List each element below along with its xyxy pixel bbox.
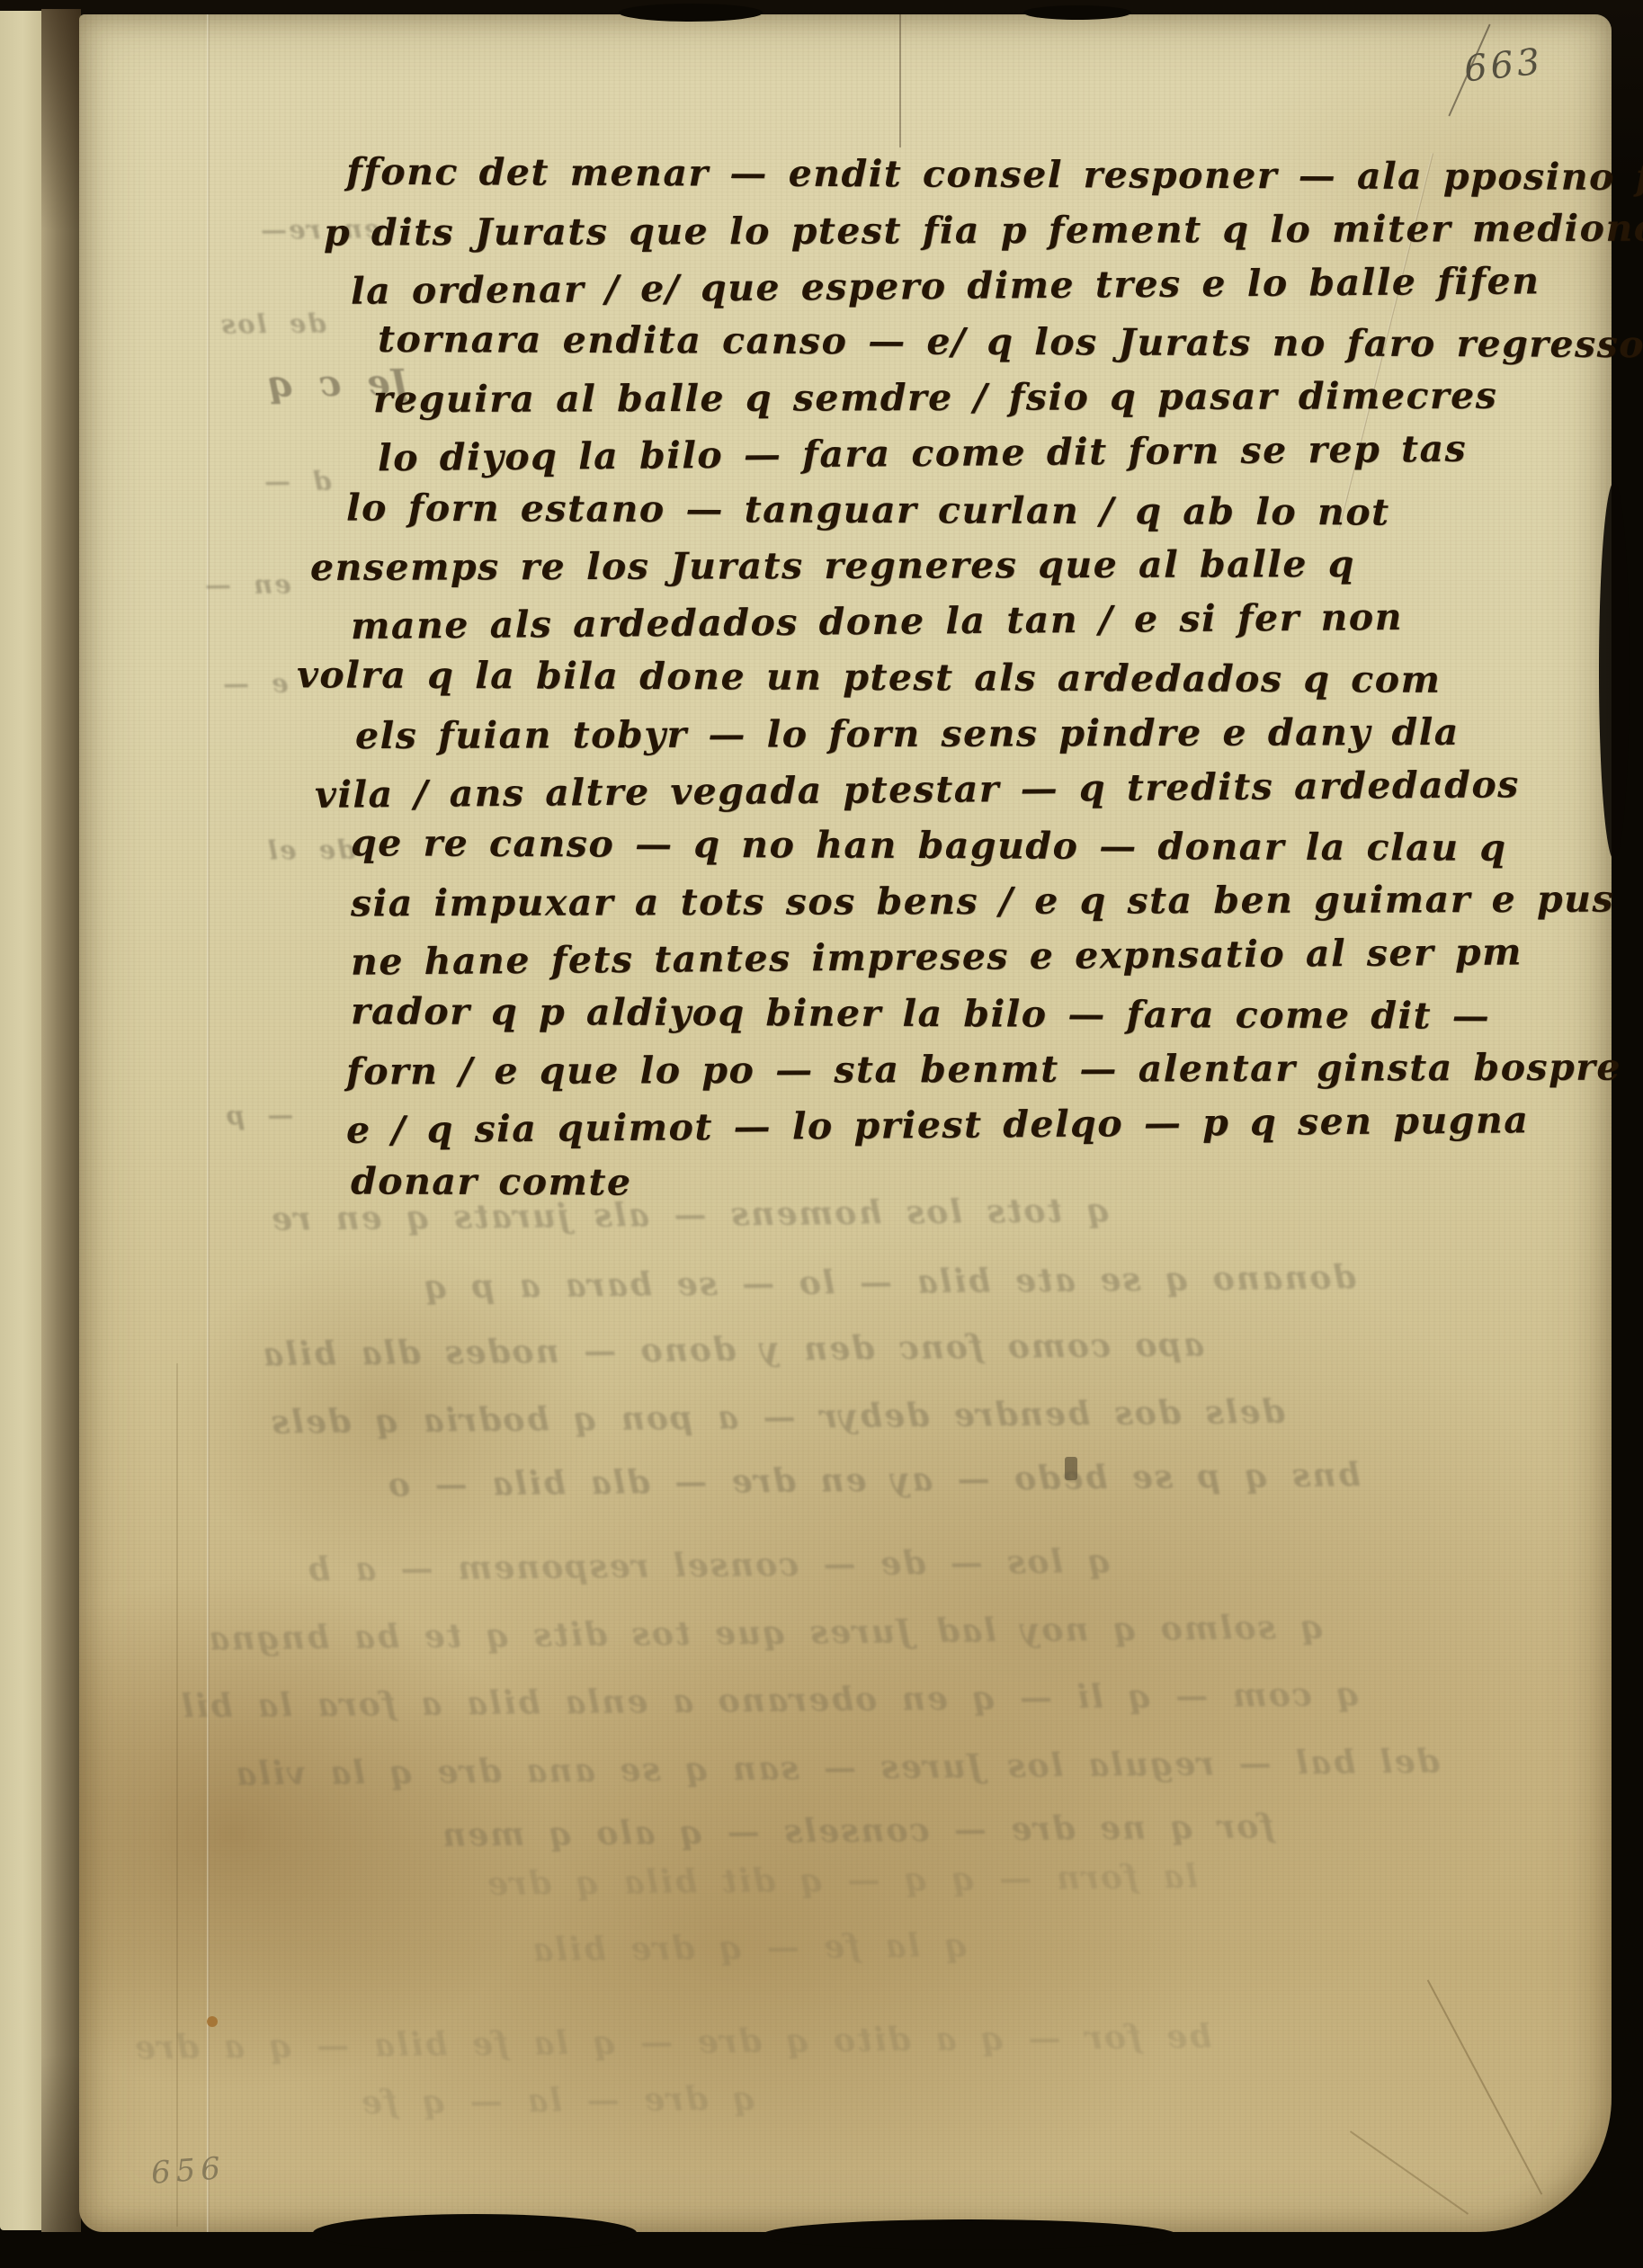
- binding-gutter-shadow: [41, 9, 81, 2232]
- manuscript-line: forn / e que lo po — sta benmt — alentar…: [346, 1046, 1621, 1094]
- facing-page-edge: [0, 11, 41, 2230]
- ghost-line: apo como fonc den y dono — nodes dla bil…: [261, 1326, 1204, 1374]
- ghost-line: for q ne dre — consels — q alo q men: [441, 1808, 1274, 1854]
- top-edge-notch-2: [1023, 5, 1131, 20]
- ghost-margin-fragment: de el: [266, 834, 356, 865]
- top-edge-notch: [619, 4, 763, 22]
- top-tear-crease: [899, 14, 901, 147]
- ghost-margin-fragment: en —: [203, 568, 291, 600]
- ghost-margin-fragment: e —: [221, 668, 289, 700]
- ghost-margin-fragment: d —: [263, 466, 332, 497]
- vertical-fold-crease: [207, 14, 210, 2232]
- manuscript-line: els fuian tobyr — lo forn sens pindre e …: [355, 710, 1460, 757]
- manuscript-line: vila / ans altre vegada ptestar — q tred…: [315, 763, 1520, 817]
- manuscript-line: ffonc det menar — endit consel responer …: [346, 150, 1643, 200]
- ghost-line: dels dos bendre debyr — a pon q bodria q…: [270, 1393, 1285, 1442]
- manuscript-line: qe re canso — q no han bagudo — donar la…: [351, 821, 1507, 870]
- manuscript-line: ensemps re los Jurats regneres que al ba…: [310, 542, 1355, 589]
- ghost-margin-fragment: de los: [219, 308, 326, 339]
- ghost-line: be for — q a dito q dre — q la fe bila —…: [133, 2018, 1212, 2067]
- ghost-line: del bal — regula los Jures — san q se an…: [234, 1743, 1440, 1793]
- folio-number-bottom: 656: [150, 2150, 227, 2192]
- manuscript-line: reguira al balle q semdre / fsio q pasar…: [373, 374, 1497, 421]
- ghost-line: q los — de — consel responem — a b: [306, 1542, 1111, 1588]
- manuscript-scan: 663 656 en re— de los Je c q d — en — e …: [0, 0, 1643, 2268]
- vertical-fold-crease-2: [176, 1363, 178, 2227]
- ghost-line: donano q se ate bila — lo — se bara a p …: [423, 1259, 1356, 1307]
- stain-dot: [207, 2016, 218, 2027]
- corner-crease-2: [1350, 2130, 1469, 2214]
- ghost-line: q com — q li — q en oberano a enla bila …: [180, 1675, 1360, 1726]
- manuscript-line: mane als ardedados done la tan / e si fe…: [351, 595, 1403, 647]
- bottom-edge-bump-2: [763, 2219, 1176, 2250]
- manuscript-line: volra q la bila done un ptest als ardeda…: [297, 653, 1442, 701]
- bottom-edge-bump-1: [313, 2214, 637, 2252]
- manuscript-line: lo diyoq la bilo — fara come dit forn se…: [378, 427, 1468, 480]
- right-edge-bump: [1599, 482, 1630, 860]
- corner-crease-1: [1427, 1979, 1543, 2194]
- ghost-line: bns q p se bedo — ay en dre — dla bila —…: [387, 1456, 1361, 1504]
- manuscript-line: rador q p aldiyoq biner la bilo — fara c…: [351, 989, 1490, 1038]
- ghost-line: la forn — q q — q dit bila q dre: [486, 1858, 1198, 1903]
- manuscript-line: p dits Jurats que lo ptest fia p fement …: [324, 206, 1643, 254]
- manuscript-line: la ordenar / e/ que espero dime tres e l…: [351, 259, 1540, 313]
- ghost-line: q dre — la — q fe: [360, 2080, 755, 2122]
- ghost-margin-fragment: — p: [225, 1100, 294, 1131]
- ghost-line: q solmo q noy lad Jures que tos dits q t…: [207, 1609, 1324, 1658]
- manuscript-line: e / q sia quimot — lo priest delqo — p q…: [346, 1098, 1530, 1151]
- ghost-line: q la fe — q dre bila: [531, 1926, 968, 1969]
- manuscript-line: donar comte: [351, 1159, 632, 1203]
- folio-number-top: 663: [1462, 41, 1546, 91]
- manuscript-line: sia impuxar a tots sos bens / e q sta be…: [351, 878, 1614, 925]
- manuscript-page: 663 656 en re— de los Je c q d — en — e …: [79, 14, 1612, 2232]
- manuscript-line: lo forn estano — tanguar curlan / q ab l…: [346, 486, 1390, 533]
- manuscript-line: ne hane fets tantes impreses e expnsatio…: [351, 930, 1522, 983]
- manuscript-line: tornara endita canso — e/ q los Jurats n…: [378, 317, 1643, 366]
